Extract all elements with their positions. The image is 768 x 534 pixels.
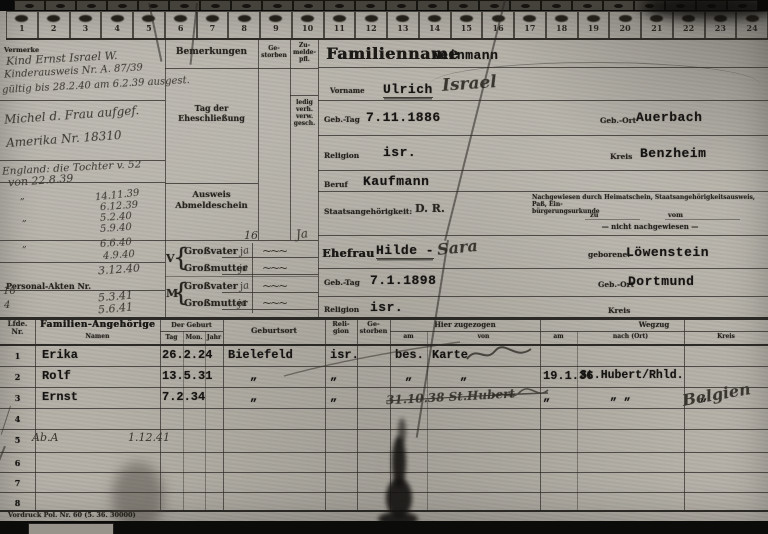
punch-dot-icon [555, 15, 568, 22]
col-header-zug-am: am [390, 333, 427, 340]
handwritten-row-note: Ab.A [32, 431, 58, 444]
wegzug-nach: „ „ [610, 390, 631, 403]
index-tab: 19 [578, 11, 610, 38]
ausweis-abmeldeschein-label: Ausweis Abmeldeschein [165, 190, 258, 212]
gebort-value: Auerbach [636, 110, 702, 125]
religion-label: Religion [324, 305, 359, 314]
label-line: Zu- [299, 42, 310, 49]
punch-dot-icon [174, 15, 187, 22]
punch-dot-icon [619, 15, 632, 22]
tab-number: 21 [642, 23, 672, 33]
grid-line [318, 235, 768, 236]
grosseltern-mark: ~~~ [262, 279, 286, 293]
col-header-weg-nach: nach (Ort) [577, 333, 684, 340]
grid-line [318, 191, 768, 192]
col-header-wegzug: Wegzug [540, 320, 768, 329]
vom-label: vom [668, 211, 683, 219]
grid-line [318, 170, 768, 171]
label-line: verh. [296, 106, 313, 113]
col-header-zugezogen: Hier zugezogen [390, 320, 540, 329]
tab-number: 14 [420, 23, 450, 33]
handwritten-scribble [490, 386, 550, 404]
label-line: verw. [296, 113, 313, 120]
table-row: 3 Ernst 7.2.34 „ „ „ „ „ „ [0, 388, 768, 408]
punch-dot-icon [206, 15, 219, 22]
punch-dot-icon [15, 15, 28, 22]
row-number: 7 [0, 478, 35, 488]
zu-label: zu [590, 211, 598, 219]
ehefrau-label: Ehefrau [322, 247, 375, 260]
index-tab: 14 [419, 11, 451, 38]
beruf-value: Kaufmann [363, 174, 429, 189]
punch-dot-icon [301, 15, 314, 22]
grid-line [665, 219, 740, 220]
vermerke-date: 6.6.40 [100, 237, 133, 250]
label-line: gion [333, 327, 349, 335]
grid-line [252, 243, 253, 313]
member-name: Erika [42, 348, 78, 362]
gebtag-label: Geb.-Tag [324, 115, 360, 124]
index-tab: 18 [546, 11, 578, 38]
punch-dot-icon [269, 15, 282, 22]
religion-value: isr. [383, 145, 416, 160]
tab-number: 2 [39, 23, 69, 33]
vermerke-date: 5.9.40 [100, 222, 133, 235]
tab-number: 3 [71, 23, 101, 33]
index-tab: 17 [514, 11, 546, 38]
tab-number: 20 [610, 23, 640, 33]
punch-dot-icon [587, 15, 600, 22]
label-line: Abmeldeschein [175, 201, 247, 211]
tab-number: 9 [261, 23, 291, 33]
birth-date: 13.5.31 [162, 369, 212, 383]
index-tab: 7 [197, 11, 229, 38]
col-header-gestorben: Ge- storben [357, 321, 390, 335]
gebtag-label: Geb.-Tag [324, 278, 360, 287]
tab-number: 18 [547, 23, 577, 33]
col-header-geburt: Der Geburt [160, 321, 223, 329]
grosseltern-note: 16 [244, 229, 258, 242]
col-header-namen-sub: Namen [35, 333, 160, 340]
tab-number: 4 [102, 23, 132, 33]
grid-line [318, 296, 768, 297]
col-header-lfde-nr: Lfde. Nr. [0, 320, 35, 336]
handwritten-scribble [463, 343, 535, 365]
geborene-label: geborene: [588, 250, 630, 259]
label-line: pfl. [299, 56, 310, 63]
birth-date: 26.2.24 [162, 348, 212, 362]
grid-line [165, 276, 318, 277]
vorname-value: Ulrich [383, 82, 433, 98]
bemerkungen-header: Bemerkungen [165, 47, 258, 57]
form-imprint: Vordruck Pol. Nr. 60 (5. 36. 30000) [8, 511, 136, 519]
label-line: Tag der [195, 103, 229, 113]
punch-dot-icon [396, 15, 409, 22]
familienstand-options: ledig verh. verw. gesch. [291, 99, 318, 127]
label-line: Nr. [12, 327, 24, 336]
punch-dot-icon [79, 15, 92, 22]
birth-place: „ [250, 369, 257, 383]
member-name: Ernst [42, 390, 78, 404]
label-line: gesch. [294, 120, 316, 127]
gebort-label: Geb.-Ort [600, 116, 636, 125]
tab-number: 11 [325, 23, 355, 33]
row-number: 5 [0, 435, 35, 445]
grid-line [540, 331, 768, 332]
vermerke-mark: „ [22, 240, 27, 250]
tab-number: 5 [134, 23, 164, 33]
birth-place: „ [250, 390, 257, 404]
grosseltern-entry: ja [239, 245, 250, 257]
grossvater-label: Großvater [184, 246, 238, 257]
nicht-nachgewiesen-label: — nicht nachgewiesen — [560, 222, 740, 231]
label-line: melde- [293, 49, 316, 56]
kreis-label: Kreis [608, 306, 630, 315]
wegzug-nach: St.Hubert/Rhld. [580, 369, 684, 382]
grid-line [318, 268, 768, 269]
kreis-value: Benzheim [640, 146, 706, 161]
gestorben-column-header: Ge- storben [259, 45, 289, 59]
punch-dot-icon [428, 15, 441, 22]
tab-number: 15 [452, 23, 482, 33]
col-header-jahr: Jahr [205, 334, 223, 341]
grid-line [160, 331, 223, 332]
row-number: 3 [0, 393, 35, 403]
tab-number: 13 [388, 23, 418, 33]
gebtag-value: 7.1.1898 [370, 273, 436, 288]
meldepflicht-column-header: Zu- melde- pfl. [291, 42, 318, 63]
punch-dot-icon [111, 15, 124, 22]
index-tab: 2 [38, 11, 70, 38]
handwritten-row-note: 1.12.41 [128, 431, 170, 444]
index-tab: 3 [70, 11, 102, 38]
margin-note: 4 [4, 300, 10, 311]
row-number: 2 [0, 372, 35, 382]
tab-number: 19 [579, 23, 609, 33]
beruf-label: Beruf [324, 180, 348, 189]
handwritten-scribble [282, 340, 462, 380]
grosseltern-note: Ja [295, 226, 309, 242]
index-tab: 9 [260, 11, 292, 38]
bottom-card-tab [28, 523, 114, 534]
index-tab: 12 [355, 11, 387, 38]
table-row: 4 [0, 409, 768, 429]
grid-line [390, 331, 540, 332]
table-row: 6 [0, 453, 768, 473]
vermerke-mark: „ [20, 192, 25, 202]
index-tab: 4 [101, 11, 133, 38]
punch-dot-icon [238, 15, 251, 22]
staatsangehoerigkeit-value: D. R. [415, 202, 445, 215]
grosseltern-entry: ja [237, 297, 248, 309]
vorname-label: Vorname [330, 86, 365, 95]
index-tab: 5 [133, 11, 165, 38]
member-name: Rolf [42, 369, 71, 383]
index-tab: 11 [324, 11, 356, 38]
tab-number: 23 [706, 23, 736, 33]
col-header-mon: Mon. [183, 334, 205, 341]
grid-line [318, 135, 768, 136]
punch-dot-icon [365, 15, 378, 22]
col-header-geburtsort: Geburtsort [223, 326, 325, 335]
birth-date: 7.2.34 [162, 390, 205, 404]
vermerke-date: 4.9.40 [103, 249, 136, 262]
tab-number: 1 [7, 23, 37, 33]
label-line: Ge- [268, 45, 279, 52]
label-line: Nachgewiesen durch Heimatschein, Staatsa… [532, 194, 755, 208]
index-tab: 8 [228, 11, 260, 38]
tab-number: 6 [166, 23, 196, 33]
punch-dot-icon [523, 15, 536, 22]
grosseltern-mark: ~~~ [262, 261, 286, 275]
grid-line [0, 100, 165, 101]
index-tab: 13 [387, 11, 419, 38]
religion-value: isr. [370, 300, 403, 315]
kreis-label: Kreis [610, 152, 632, 161]
index-tab: 20 [609, 11, 641, 38]
row-number: 8 [0, 498, 35, 508]
grid-line [585, 219, 640, 220]
grosseltern-entry: ja [238, 262, 249, 274]
punch-dot-icon [47, 15, 60, 22]
index-tab: 10 [292, 11, 324, 38]
grosseltern-mark: ~~~ [262, 296, 286, 310]
index-tab: 1 [6, 11, 38, 38]
label-line: ledig [296, 99, 313, 106]
col-header-weg-kreis: Kreis [684, 333, 768, 340]
vermerke-mark: „ [22, 214, 27, 224]
grid-line [318, 38, 319, 317]
religion-cell: „ [330, 390, 337, 404]
col-header-weg-am: am [540, 333, 577, 340]
ehefrau-name-value: Hilde - [376, 243, 434, 259]
tab-number: 12 [356, 23, 386, 33]
grosseltern-mark: ~~~ [262, 244, 286, 258]
table-row: 5 [0, 430, 768, 450]
tab-number: 22 [674, 23, 704, 33]
ink-blot [398, 418, 406, 444]
label-line: Eheschließung [178, 113, 245, 123]
index-tab-row: 1 2 3 4 5 6 7 8 9 10 11 12 13 14 15 16 1… [6, 11, 768, 40]
religion-label: Religion [324, 151, 359, 160]
label-line: storben [261, 52, 287, 59]
punch-dot-icon [333, 15, 346, 22]
row-number: 1 [0, 351, 35, 361]
eheschliessung-label: Tag der Eheschließung [165, 103, 258, 123]
col-header-religion: Reli- gion [325, 321, 357, 335]
tab-number: 24 [737, 23, 767, 33]
margin-note: 16 [3, 286, 16, 297]
col-header-tag: Tag [160, 334, 183, 341]
grosseltern-entry: ja [239, 280, 250, 292]
grid-line [165, 68, 318, 69]
col-header-zug-von: von [427, 333, 540, 340]
label-line: storben [360, 327, 388, 335]
gebtag-value: 7.11.1886 [366, 110, 441, 125]
tab-number: 10 [293, 23, 323, 33]
grid-line [290, 95, 318, 96]
tab-number: 8 [229, 23, 259, 33]
personal-akten-label: Personal-Akten Nr. [6, 281, 91, 291]
registration-card-scan: 1 2 3 4 5 6 7 8 9 10 11 12 13 14 15 16 1… [0, 0, 768, 534]
row-number: 6 [0, 458, 35, 468]
col-header-namen: Familien-Angehörige [35, 320, 160, 330]
grossvater-label: Großvater [184, 281, 238, 292]
punch-dot-icon [460, 15, 473, 22]
grid-line [0, 240, 318, 241]
grid-line [165, 183, 258, 184]
geborene-value: Löwenstein [626, 245, 709, 260]
grid-line [0, 262, 165, 263]
tab-number: 7 [198, 23, 228, 33]
tab-number: 17 [515, 23, 545, 33]
staatsangehoerigkeit-label: Staatsangehörigkeit: [324, 207, 412, 216]
gebort-value: Dortmund [628, 274, 694, 289]
index-tab: 15 [451, 11, 483, 38]
scratch-arc [430, 62, 760, 107]
label-line: Ausweis [192, 190, 230, 200]
nachweis-text: Nachgewiesen durch Heimatschein, Staatsa… [532, 194, 768, 215]
scan-bottom-band [0, 521, 768, 534]
